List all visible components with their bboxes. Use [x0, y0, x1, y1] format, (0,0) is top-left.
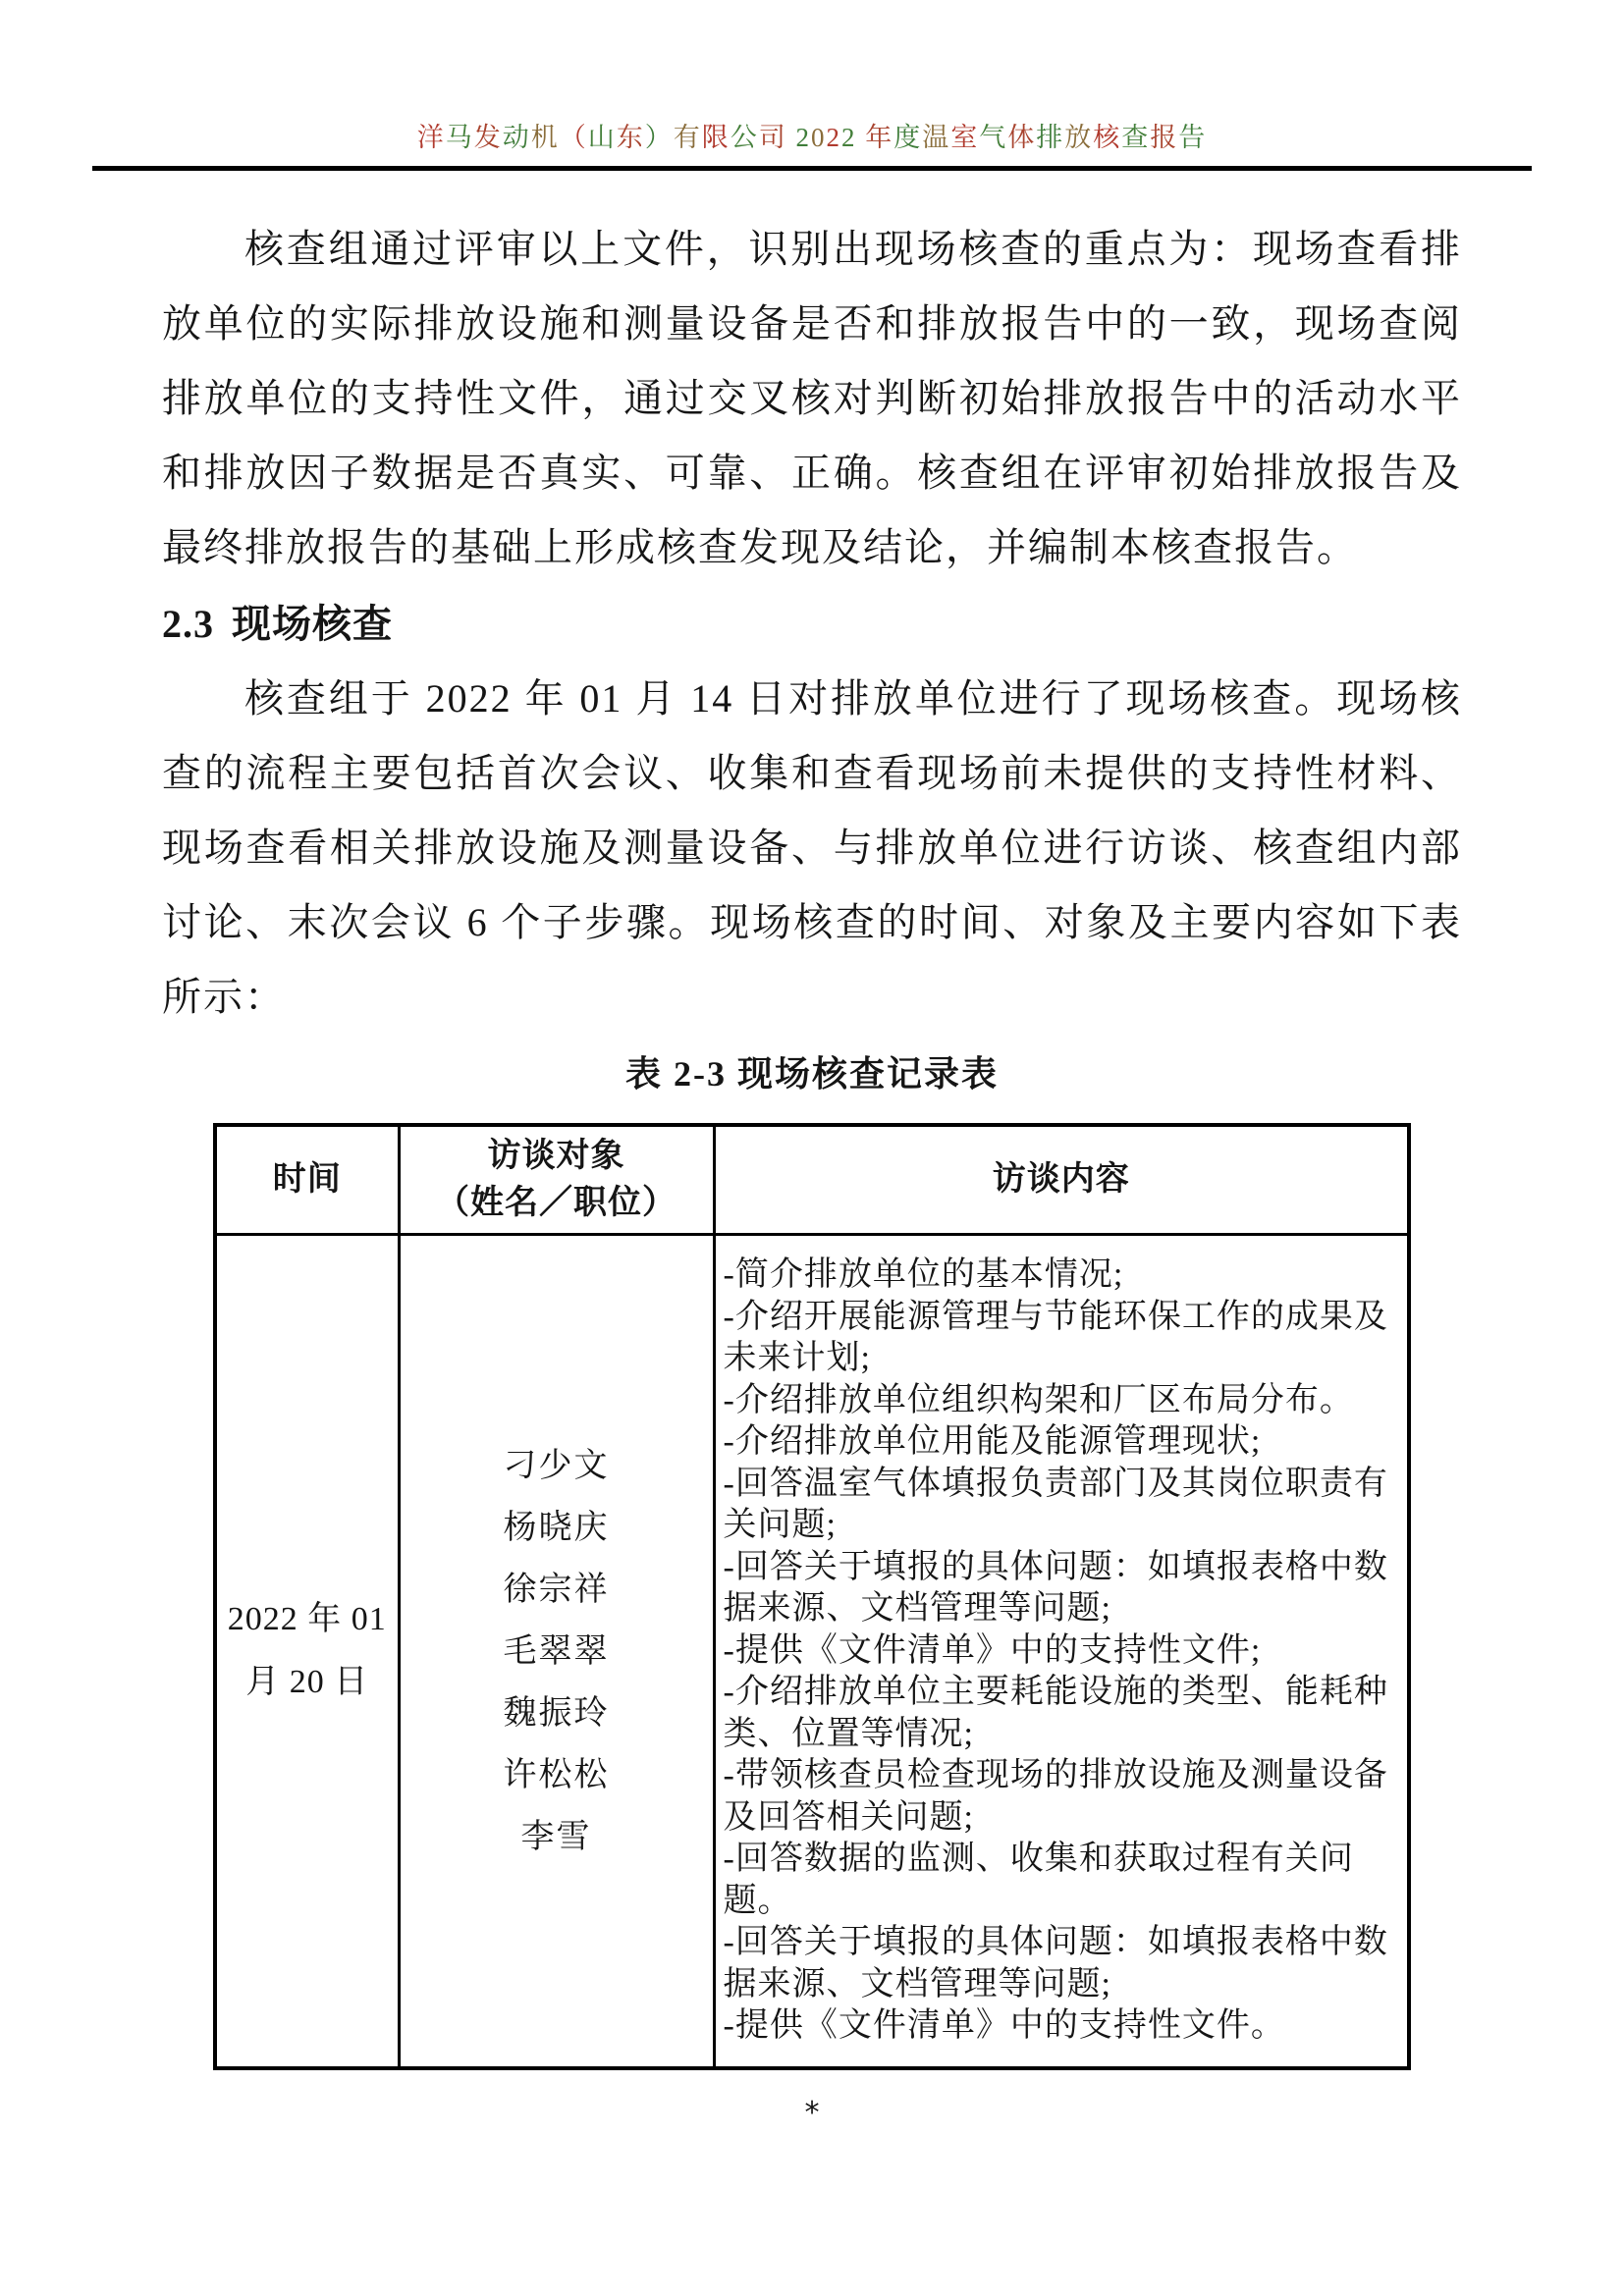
report-page: 洋马发动机（山东）有限公司 2022 年度温室气体排放核查报告 核查组通过评审以… — [0, 0, 1624, 2296]
interviewee-name: 杨晓庆 — [408, 1497, 705, 1559]
interviewee-name: 毛翠翠 — [408, 1621, 705, 1682]
interview-content-item: -带领核查员检查现场的排放设施及测量设备及回答相关问题; — [724, 1755, 1400, 1839]
table-row: 2022 年 01 月 20 日 刁少文 杨晓庆 徐宗祥 毛翠翠 魏振玲 — [215, 1235, 1409, 2069]
column-header-interviewees: 访谈对象 （姓名／职位） — [399, 1125, 714, 1235]
cell-interview-content: -简介排放单位的基本情况; -介绍开展能源管理与节能环保工作的成果及未来计划; … — [714, 1235, 1409, 2069]
interview-content-item: -介绍开展能源管理与节能环保工作的成果及未来计划; — [724, 1297, 1400, 1380]
interview-content-item: -回答温室气体填报负责部门及其岗位职责有关问题; — [724, 1464, 1400, 1547]
column-header-content: 访谈内容 — [714, 1125, 1409, 1235]
column-header-interviewees-line2: （姓名／职位） — [408, 1180, 705, 1227]
interviewee-name: 魏振玲 — [408, 1682, 705, 1744]
column-header-content-label: 访谈内容 — [993, 1161, 1130, 1198]
paragraph-site-visit-summary: 核查组于 2022 年 01 月 14 日对排放单位进行了现场核查。现场核查的流… — [162, 662, 1462, 1035]
interviewee-name: 许松松 — [408, 1744, 705, 1806]
interview-content-item: -回答关于填报的具体问题：如填报表格中数据来源、文档管理等问题; — [724, 1547, 1400, 1630]
interview-content-item: -回答关于填报的具体问题：如填报表格中数据来源、文档管理等问题; — [724, 1922, 1400, 2005]
column-header-time: 时间 — [215, 1125, 399, 1235]
running-header: 洋马发动机（山东）有限公司 2022 年度温室气体排放核查报告 — [0, 0, 1624, 171]
interview-content-item: -介绍排放单位用能及能源管理现状; — [724, 1421, 1400, 1464]
header-rule — [92, 166, 1532, 171]
table-body: 2022 年 01 月 20 日 刁少文 杨晓庆 徐宗祥 毛翠翠 魏振玲 — [215, 1235, 1409, 2069]
column-header-interviewees-line1: 访谈对象 — [408, 1133, 705, 1180]
section-heading-2-3: 2.3现场核查 — [162, 587, 1462, 662]
running-header-title: 洋马发动机（山东）有限公司 2022 年度温室气体排放核查报告 — [0, 116, 1624, 154]
column-header-time-label: 时间 — [273, 1161, 342, 1198]
interview-content-item: -提供《文件清单》中的支持性文件; — [724, 1630, 1400, 1673]
footer-marker: * — [162, 2096, 1462, 2130]
table-caption: 表 2-3 现场核查记录表 — [162, 1046, 1462, 1101]
cell-interviewees: 刁少文 杨晓庆 徐宗祥 毛翠翠 魏振玲 许松松 李雪 — [399, 1235, 714, 2069]
interviewee-name: 徐宗祥 — [408, 1559, 705, 1621]
interview-content-item: -介绍排放单位主要耗能设施的类型、能耗种类、位置等情况; — [724, 1672, 1400, 1755]
cell-visit-date: 2022 年 01 月 20 日 — [215, 1235, 399, 2069]
interview-content-item: -简介排放单位的基本情况; — [724, 1255, 1400, 1297]
interview-content-item: -提供《文件清单》中的支持性文件。 — [724, 2005, 1400, 2048]
interview-content-item: -回答数据的监测、收集和获取过程有关问题。 — [724, 1839, 1400, 1922]
interviewee-name: 李雪 — [408, 1806, 705, 1868]
site-visit-record-table: 时间 访谈对象 （姓名／职位） 访谈内容 2022 年 01 月 20 日 — [213, 1123, 1411, 2070]
interview-content-item: -介绍排放单位组织构架和厂区布局分布。 — [724, 1380, 1400, 1422]
page-body: 核查组通过评审以上文件，识别出现场核查的重点为：现场查看排放单位的实际排放设施和… — [162, 212, 1462, 2130]
paragraph-desk-review-summary: 核查组通过评审以上文件，识别出现场核查的重点为：现场查看排放单位的实际排放设施和… — [162, 212, 1462, 585]
interviewee-name: 刁少文 — [408, 1435, 705, 1497]
section-number: 2.3 — [162, 602, 214, 646]
section-title: 现场核查 — [232, 602, 393, 646]
table-header-row: 时间 访谈对象 （姓名／职位） 访谈内容 — [215, 1125, 1409, 1235]
